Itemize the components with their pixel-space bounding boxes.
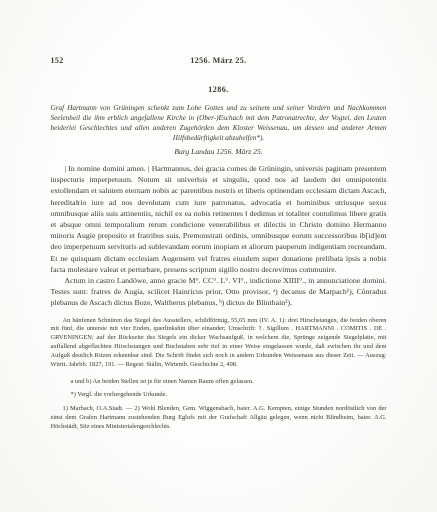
seal-description-note: An hänfenen Schnüren das Siegel des Auss… [51, 317, 387, 370]
charter-text-paragraph: | In nomine domini amen. | Hartmannus, d… [51, 163, 387, 275]
charter-number: 1286. [51, 85, 387, 94]
footnote-ab: a und b) An beiden Stellen ist je für ei… [51, 378, 387, 387]
critical-apparatus: An hänfenen Schnüren das Siegel des Auss… [51, 317, 387, 432]
page-header: 152 1256. März 25. [51, 56, 387, 68]
text-column: 152 1256. März 25. 1286. Graf Hartmann v… [51, 0, 387, 431]
running-head-date: 1256. März 25. [190, 56, 246, 65]
page-number: 152 [51, 56, 64, 65]
footnote-asterisk: *) Vergl. die vorhergehende Urkunde. [51, 391, 387, 400]
footnote-numbered: 1) Marbach, O.A.Stadt. — 2) Wohl Blenden… [51, 405, 387, 431]
charter-actum-paragraph: Actum in castro Landöwe, anno gracie M°.… [51, 275, 387, 309]
scanned-book-page: 152 1256. März 25. 1286. Graf Hartmann v… [0, 0, 437, 512]
place-date-line: Burg Landau 1256. März 25. [51, 147, 387, 156]
regest-summary: Graf Hartmann von Grüningen schenkt zum … [51, 103, 387, 143]
